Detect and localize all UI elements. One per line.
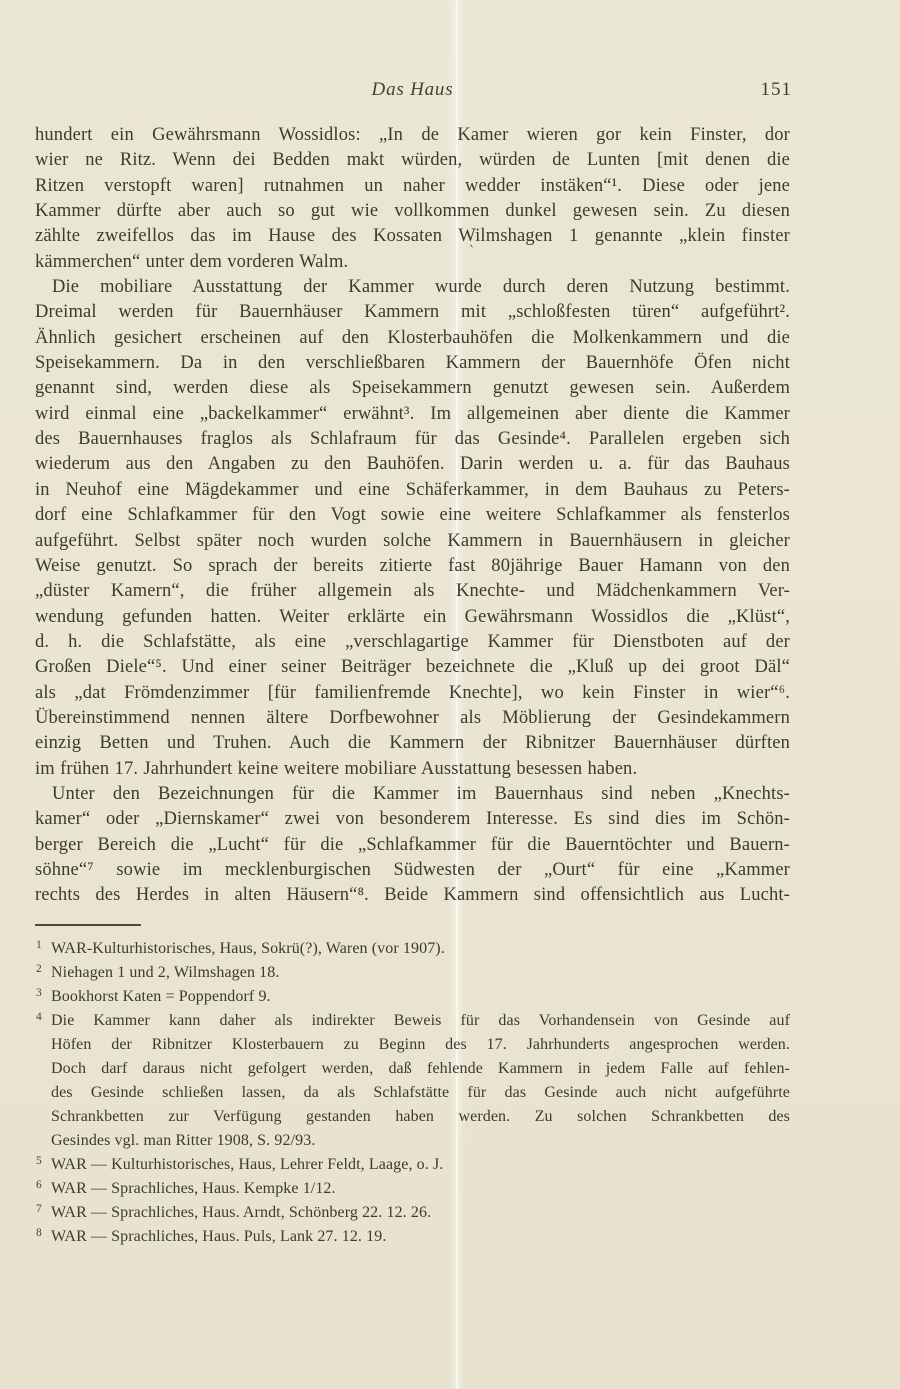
footnote-marker: 6 (36, 1180, 42, 1191)
footnote-marker: 3 (36, 988, 42, 999)
text-line: in Neuhof eine Mägdekammer und eine Schä… (35, 478, 790, 503)
text-line: Übereinstimmend nennen ältere Dorfbewohn… (35, 706, 790, 731)
text-line: Großen Diele“⁵. Und einer seiner Beiträg… (35, 655, 790, 680)
paragraph: Unter den Bezeichnungen für die Kammer i… (35, 782, 790, 909)
footnote-marker: 5 (36, 1156, 42, 1167)
text-line: einzig Betten und Truhen. Auch die Kamme… (35, 731, 790, 756)
footnote-marker: 2 (36, 964, 42, 975)
text-line: wird einmal eine „backelkammer“ erwähnt³… (35, 402, 790, 427)
text-line: Unter den Bezeichnungen für die Kammer i… (35, 782, 790, 807)
text-line: Dreimal werden für Bauernhäuser Kammern … (35, 300, 790, 325)
body-text: hundert ein Gewährsmann Wossidlos: „In d… (35, 123, 790, 909)
footnote: 7WAR — Sprachliches, Haus. Arndt, Schönb… (35, 1201, 790, 1225)
text-line: Ähnlich gesichert erscheinen auf den Klo… (35, 326, 790, 351)
footnote-line: WAR — Sprachliches, Haus. Kempke 1/12. (51, 1177, 790, 1201)
footnote-marker: 1 (36, 940, 42, 951)
text-line: aufgeführt. Selbst später noch wurden so… (35, 529, 790, 554)
footnote-line: Gesindes vgl. man Ritter 1908, S. 92/93. (51, 1129, 790, 1153)
footnote-marker: 4 (36, 1012, 42, 1023)
page-content: Das Haus 151 hundert ein Gewährsmann Wos… (35, 80, 790, 1249)
footnote-marker: 8 (36, 1228, 42, 1239)
footnotes: 1WAR-Kulturhistorisches, Haus, Sokrü(?),… (35, 937, 790, 1249)
text-line: Ritzen verstopft waren] rutnahmen un nah… (35, 174, 790, 199)
book-page: Das Haus 151 hundert ein Gewährsmann Wos… (0, 0, 900, 1389)
text-line: Kammer dürfte aber auch so gut wie vollk… (35, 199, 790, 224)
footnote-line: Doch darf daraus nicht gefolgert werden,… (51, 1057, 790, 1081)
text-line: Die mobiliare Ausstattung der Kammer wur… (35, 275, 790, 300)
paragraph: hundert ein Gewährsmann Wossidlos: „In d… (35, 123, 790, 275)
footnote: 1WAR-Kulturhistorisches, Haus, Sokrü(?),… (35, 937, 790, 961)
text-line: wendung gefunden hatten. Weiter erklärte… (35, 605, 790, 630)
footnote-separator-rule (35, 924, 141, 926)
text-line: wier ne Ritz. Wenn dei Bedden makt würde… (35, 148, 790, 173)
footnote: 4Die Kammer kann daher als indirekter Be… (35, 1009, 790, 1153)
running-title: Das Haus (35, 80, 790, 100)
footnote: 6WAR — Sprachliches, Haus. Kempke 1/12. (35, 1177, 790, 1201)
footnote: 8WAR — Sprachliches, Haus. Puls, Lank 27… (35, 1225, 790, 1249)
footnote-line: WAR — Sprachliches, Haus. Puls, Lank 27.… (51, 1225, 790, 1249)
footnote-line: Bookhorst Katen = Poppendorf 9. (51, 985, 790, 1009)
footnote-line: Schrankbetten zur Verfügung gestanden ha… (51, 1105, 790, 1129)
paragraph: Die mobiliare Ausstattung der Kammer wur… (35, 275, 790, 782)
text-line: hundert ein Gewährsmann Wossidlos: „In d… (35, 123, 790, 148)
text-line: kamer“ oder „Diernskamer“ zwei von beson… (35, 807, 790, 832)
text-line: wiederum aus den Angaben zu den Bauhöfen… (35, 452, 790, 477)
footnote-line: des Gesinde schließen lassen, da als Sch… (51, 1081, 790, 1105)
text-line: söhne“⁷ sowie im mecklenburgischen Südwe… (35, 858, 790, 883)
footnote: 5WAR — Kulturhistorisches, Haus, Lehrer … (35, 1153, 790, 1177)
footnote: 3Bookhorst Katen = Poppendorf 9. (35, 985, 790, 1009)
text-line: berger Bereich die „Lucht“ für die „Schl… (35, 833, 790, 858)
text-line: genannt sind, werden diese als Speisekam… (35, 376, 790, 401)
text-line: im frühen 17. Jahrhundert keine weitere … (35, 757, 790, 782)
text-line: Weise genutzt. So sprach der bereits zit… (35, 554, 790, 579)
text-line: rechts des Herdes in alten Häusern“⁸. Be… (35, 883, 790, 908)
text-line: „düster Kamern“, die früher allgemein al… (35, 579, 790, 604)
text-line: Speisekammern. Da in den verschließbaren… (35, 351, 790, 376)
footnote-line: WAR — Kulturhistorisches, Haus, Lehrer F… (51, 1153, 790, 1177)
text-line: kämmerchen“ unter dem vorderen Walm. (35, 250, 790, 275)
text-line: zählte zweifellos das im Hause des Kossa… (35, 224, 790, 249)
footnote-line: Die Kammer kann daher als indirekter Bew… (51, 1009, 790, 1033)
footnote-line: WAR — Sprachliches, Haus. Arndt, Schönbe… (51, 1201, 790, 1225)
running-head: Das Haus 151 (35, 80, 790, 100)
text-line: als „dat Frömdenzimmer [für familienfrem… (35, 681, 790, 706)
footnote-line: WAR-Kulturhistorisches, Haus, Sokrü(?), … (51, 937, 790, 961)
footnote-marker: 7 (36, 1204, 42, 1215)
text-line: dorf eine Schlafkammer für den Vogt sowi… (35, 503, 790, 528)
text-line: des Bauernhauses fraglos als Schlafraum … (35, 427, 790, 452)
page-number: 151 (761, 80, 793, 100)
footnote-line: Höfen der Ribnitzer Klosterbauern zu Beg… (51, 1033, 790, 1057)
footnote: 2Niehagen 1 und 2, Wilmshagen 18. (35, 961, 790, 985)
footnote-line: Niehagen 1 und 2, Wilmshagen 18. (51, 961, 790, 985)
text-line: d. h. die Schlafstätte, als eine „versch… (35, 630, 790, 655)
